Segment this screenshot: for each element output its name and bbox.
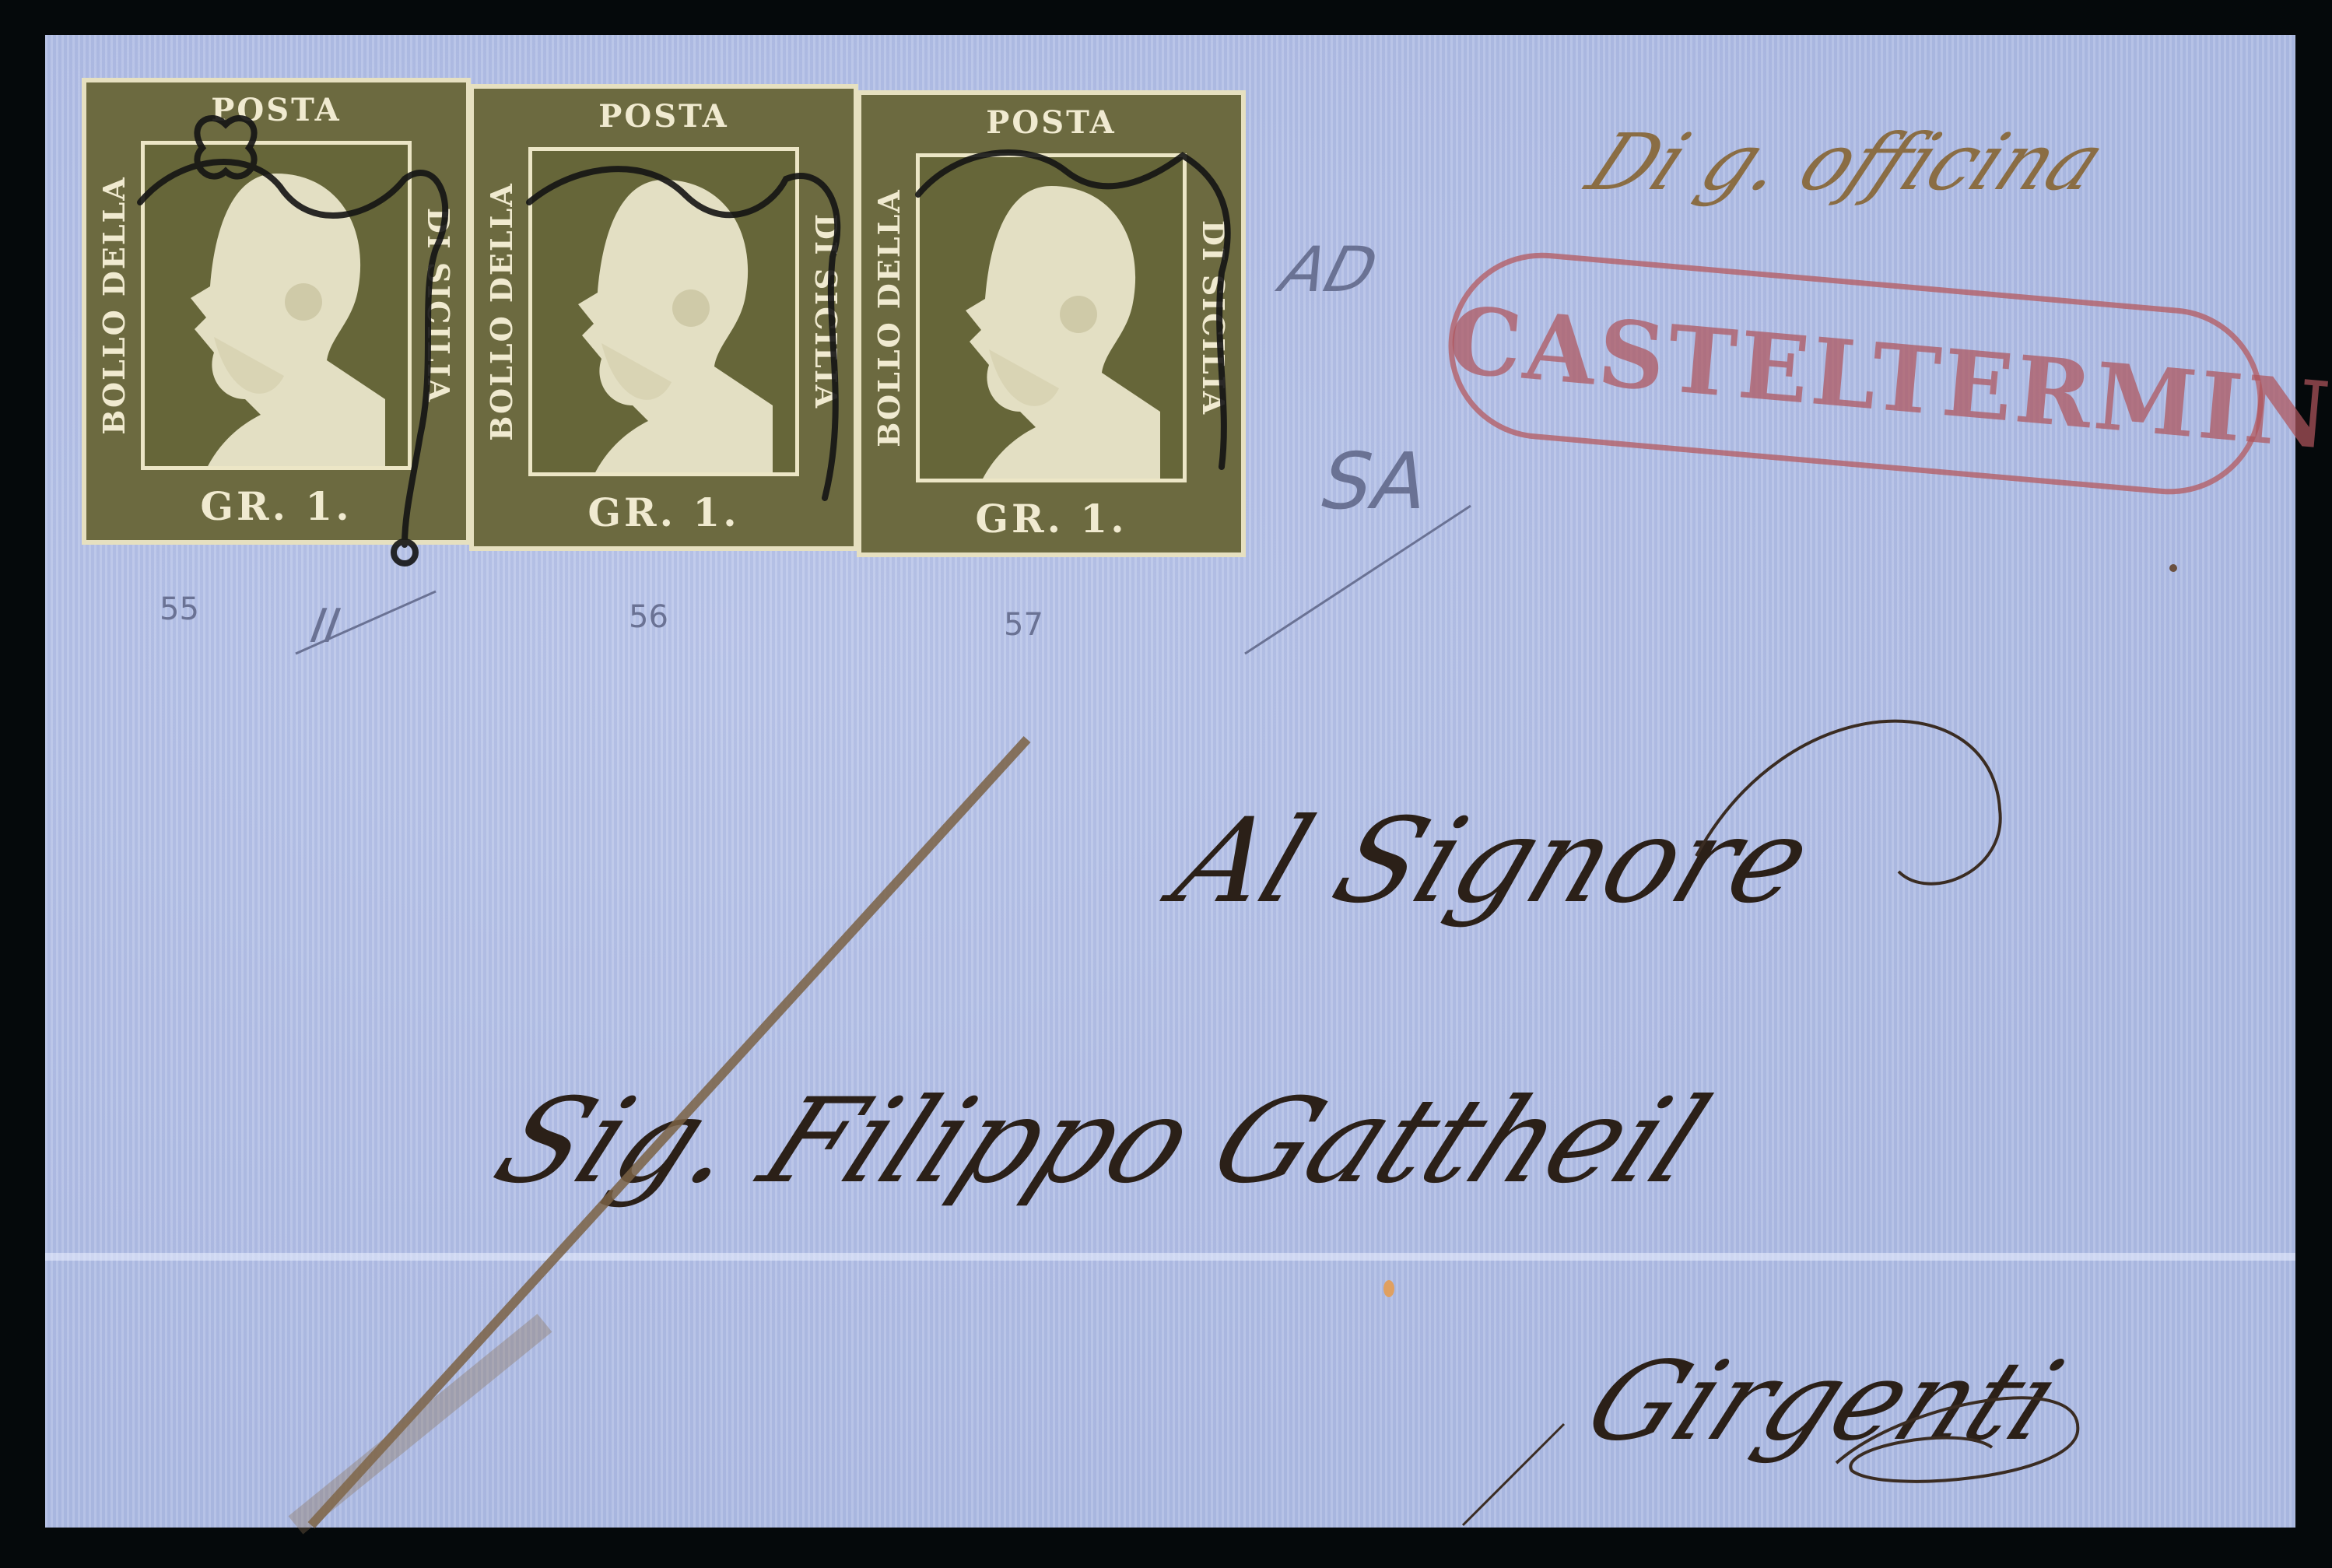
pencil-note-57: 57 xyxy=(1004,607,1043,643)
stamp-right-label: DI SICILIA xyxy=(1197,220,1232,416)
ink-spot xyxy=(1383,1280,1394,1297)
fold-line xyxy=(45,1253,2295,1261)
stamp-top-label: POSTA xyxy=(861,104,1241,141)
stamp-strip: POSTA BOLLO DELLA DI SICILIA GR. 1. POST… xyxy=(82,78,1245,545)
stamp-right-label: DI SICILIA xyxy=(809,214,844,409)
pencil-note-55: 55 xyxy=(160,591,199,627)
stamp-portrait-frame xyxy=(528,147,799,476)
stamp-portrait-frame xyxy=(916,153,1187,482)
stamp-value-label: GR. 1. xyxy=(86,483,466,529)
stamp-value-label: GR. 1. xyxy=(474,489,854,535)
king-portrait-icon xyxy=(935,155,1168,482)
stamp-left-label: BOLLO DELLA xyxy=(484,182,519,441)
address-town: Girgenti xyxy=(1567,1338,2081,1465)
ink-spot xyxy=(2169,564,2177,572)
king-portrait-icon xyxy=(547,149,780,475)
stamp-3: POSTA BOLLO DELLA DI SICILIA GR. 1. xyxy=(857,90,1246,557)
stamp-2: POSTA BOLLO DELLA DI SICILIA GR. 1. xyxy=(469,84,858,551)
stamp-right-label: DI SICILIA xyxy=(422,208,457,403)
manuscript-note: Di g. officina xyxy=(1574,117,2120,208)
stamp-top-label: POSTA xyxy=(86,92,466,128)
king-portrait-icon xyxy=(160,142,393,469)
stamp-top-label: POSTA xyxy=(474,98,854,135)
stamp-value-label: GR. 1. xyxy=(861,496,1241,542)
address-salutation: Al Signore xyxy=(1158,794,1828,929)
stamp-portrait-frame xyxy=(141,141,412,470)
stamp-left-label: BOLLO DELLA xyxy=(96,176,132,435)
stamp-left-label: BOLLO DELLA xyxy=(871,188,906,447)
stamp-1: POSTA BOLLO DELLA DI SICILIA GR. 1. xyxy=(82,78,471,545)
pencil-note-56: 56 xyxy=(629,599,668,635)
address-name: Sig. Filippo Gattheil xyxy=(475,1074,1727,1209)
